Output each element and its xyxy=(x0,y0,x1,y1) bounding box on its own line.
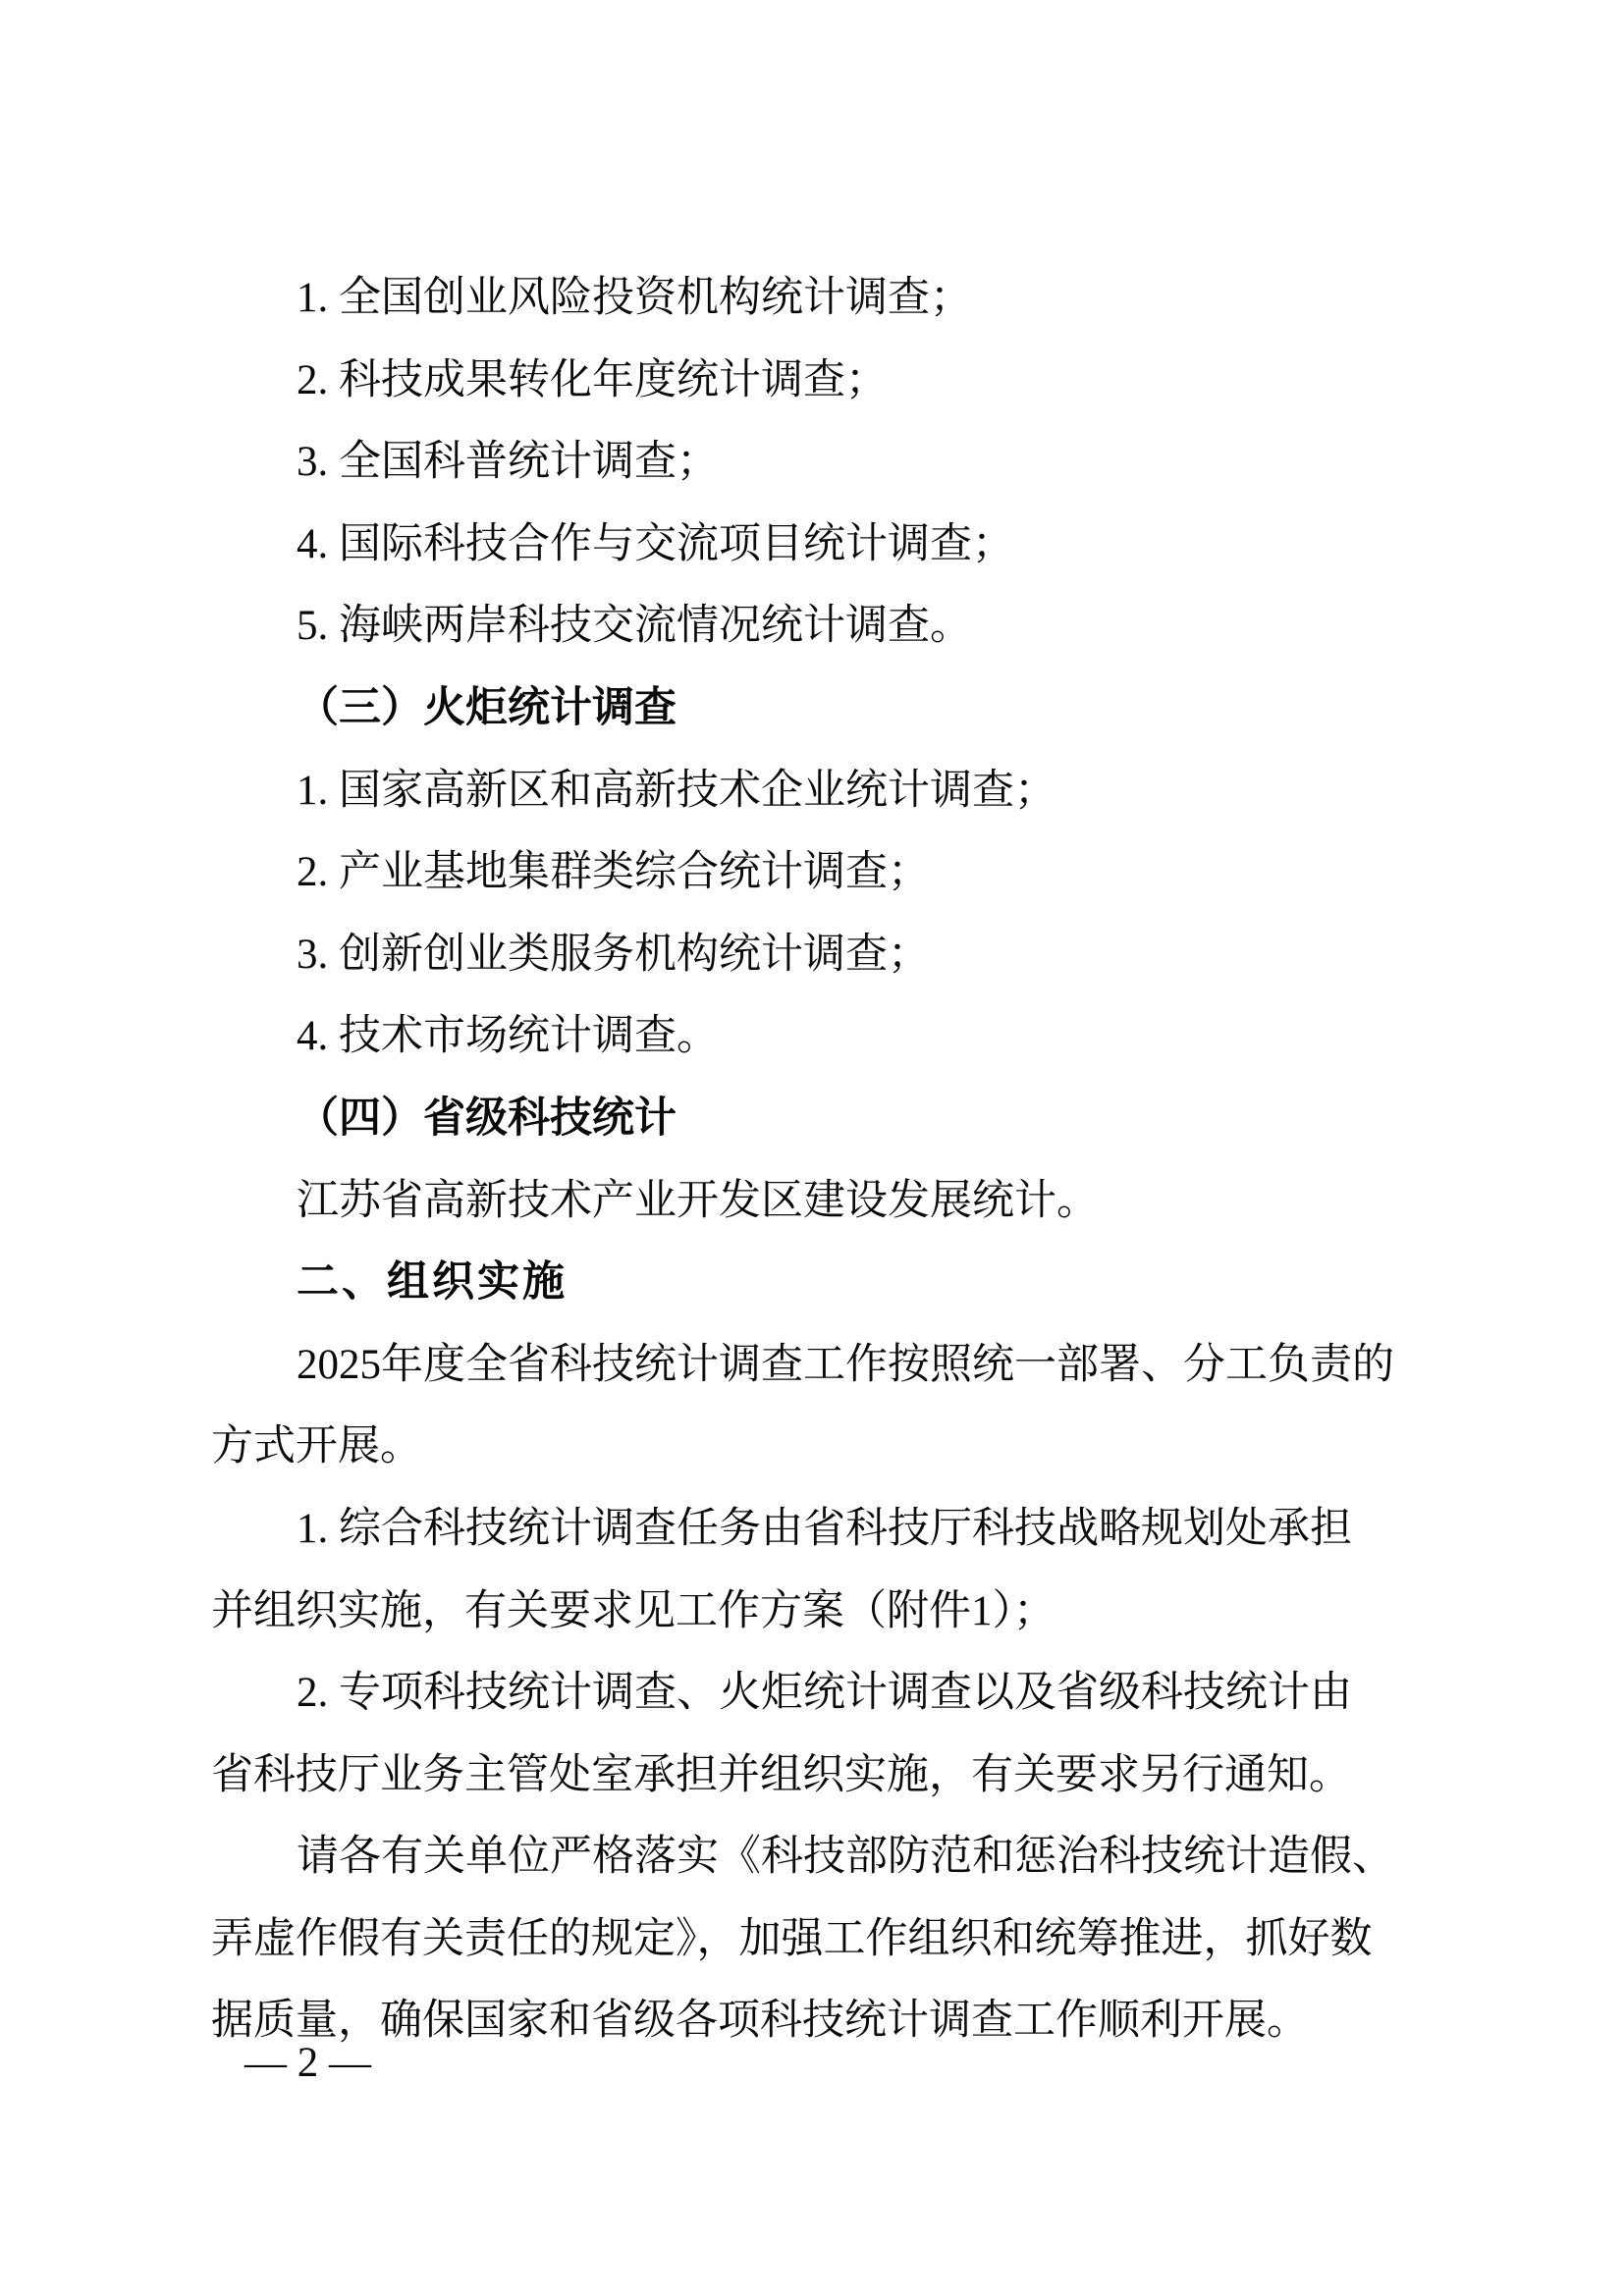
document-body: 1. 全国创业风险投资机构统计调查； 2. 科技成果转化年度统计调查； 3. 全… xyxy=(211,257,1429,2062)
paragraph-line: 2025年度全省科技统计调查工作按照统一部署、分工负责的 xyxy=(211,1324,1429,1407)
paragraph-line: 并组织实施，有关要求见工作方案（附件1）； xyxy=(211,1571,1429,1653)
list-item: 3. 全国科普统计调查； xyxy=(211,421,1429,504)
list-item: 5. 海峡两岸科技交流情况统计调查。 xyxy=(211,585,1429,667)
paragraph-line: 弄虚作假有关责任的规定》，加强工作组织和统筹推进，抓好数 xyxy=(211,1898,1429,1981)
list-item: 4. 技术市场统计调查。 xyxy=(211,995,1429,1078)
paragraph-line: 江苏省高新技术产业开发区建设发展统计。 xyxy=(211,1160,1429,1243)
section-heading-torch-statistics: （三）火炬统计调查 xyxy=(211,667,1429,750)
document-page: 1. 全国创业风险投资机构统计调查； 2. 科技成果转化年度统计调查； 3. 全… xyxy=(0,0,1624,2296)
list-item: 1. 国家高新区和高新技术企业统计调查； xyxy=(211,750,1429,832)
section-heading-organization: 二、组织实施 xyxy=(211,1242,1429,1324)
paragraph-line: 省科技厅业务主管处室承担并组织实施，有关要求另行通知。 xyxy=(211,1735,1429,1817)
paragraph-line: 据质量，确保国家和省级各项科技统计调查工作顺利开展。 xyxy=(211,1980,1429,2062)
list-item: 1. 全国创业风险投资机构统计调查； xyxy=(211,257,1429,340)
list-item: 2. 科技成果转化年度统计调查； xyxy=(211,340,1429,422)
list-item: 4. 国际科技合作与交流项目统计调查； xyxy=(211,504,1429,586)
paragraph-line: 2. 专项科技统计调查、火炬统计调查以及省级科技统计由 xyxy=(211,1652,1429,1735)
list-item: 2. 产业基地集群类综合统计调查； xyxy=(211,831,1429,914)
paragraph-line: 方式开展。 xyxy=(211,1406,1429,1488)
paragraph-line: 1. 综合科技统计调查任务由省科技厅科技战略规划处承担 xyxy=(211,1488,1429,1571)
list-item: 3. 创新创业类服务机构统计调查； xyxy=(211,914,1429,996)
page-number: — 2 — xyxy=(244,2034,371,2093)
paragraph-line: 请各有关单位严格落实《科技部防范和惩治科技统计造假、 xyxy=(211,1816,1429,1898)
section-heading-provincial-statistics: （四）省级科技统计 xyxy=(211,1078,1429,1160)
